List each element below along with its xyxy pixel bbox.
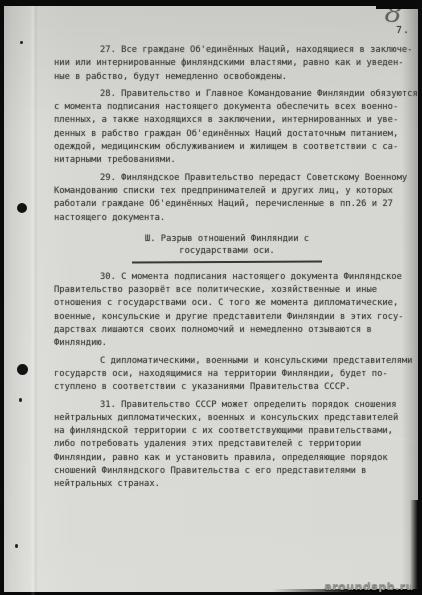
ink-speck — [20, 41, 23, 44]
typed-page-number: 7. — [396, 25, 410, 36]
paragraph-30-continuation: С дипломатическими, военными и консульск… — [54, 355, 422, 395]
paragraph-31: 31. Правительство СССР может определить … — [54, 399, 422, 492]
paragraph-30: 30. С момента подписания настоящего доку… — [54, 271, 422, 351]
hole-punch-bottom — [17, 364, 28, 375]
section-heading-underline — [132, 260, 322, 263]
ink-speck — [15, 544, 18, 548]
watermark: aroundspb.ru — [324, 580, 414, 593]
paper-crease-vertical — [30, 0, 38, 595]
section-heading: Ш. Разрыв отношений Финляндии с государс… — [54, 233, 400, 263]
scanned-document-page: 8 7. 27. Все граждане Об'единённых Наций… — [0, 0, 422, 595]
ink-speck — [19, 398, 22, 402]
scan-edge-left — [0, 0, 4, 540]
paragraph-28: 28. Правительство и Главное Командование… — [54, 88, 422, 168]
scan-edge-top — [0, 0, 422, 6]
hole-punch-top — [17, 203, 27, 213]
paragraph-29: 29. Финляндское Правительство передаст С… — [54, 172, 422, 225]
document-body: 27. Все граждане Об'единённых Наций, нах… — [54, 44, 422, 496]
section-heading-text: Ш. Разрыв отношений Финляндии с государс… — [54, 233, 400, 258]
scan-edge-top-right — [376, 0, 422, 9]
paragraph-27: 27. Все граждане Об'единённых Наций, нах… — [54, 44, 422, 84]
